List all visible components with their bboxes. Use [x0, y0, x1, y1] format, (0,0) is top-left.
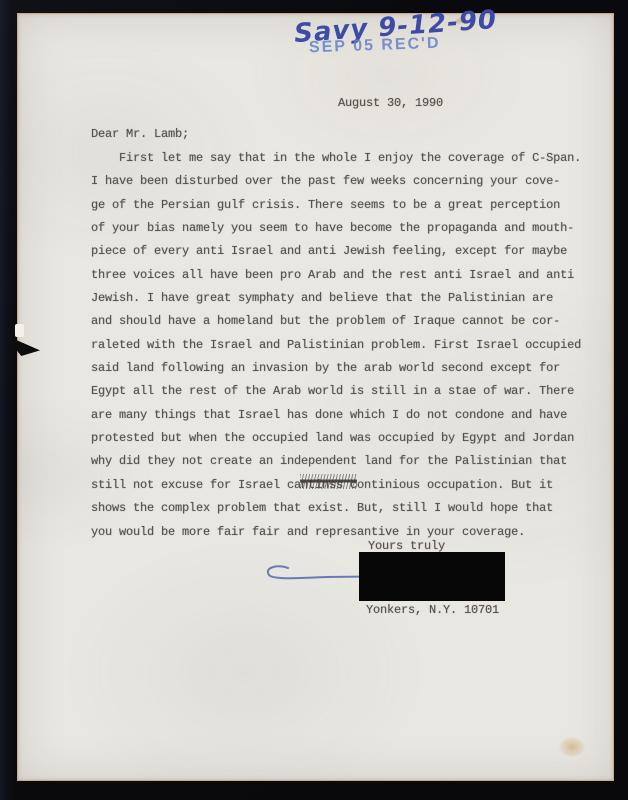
paper-stain-top	[455, 17, 463, 25]
letter-page: Savy 9-12-90 SEP 05 REC'D August 30, 199…	[17, 13, 614, 781]
paper-stain-bottom-right	[559, 737, 585, 757]
paper-edge-notch	[15, 324, 24, 337]
salutation: Dear Mr. Lamb;	[91, 127, 189, 141]
overtyped-word-strikeout	[300, 474, 357, 489]
photo-frame: Savy 9-12-90 SEP 05 REC'D August 30, 199…	[0, 0, 628, 800]
received-stamp: SEP 05 REC'D	[309, 35, 441, 58]
closing-line: Yours truly	[368, 539, 445, 553]
letter-date: August 30, 1990	[338, 96, 443, 110]
city-line: Yonkers, N.Y. 10701	[366, 603, 499, 617]
redaction-box	[359, 552, 505, 601]
